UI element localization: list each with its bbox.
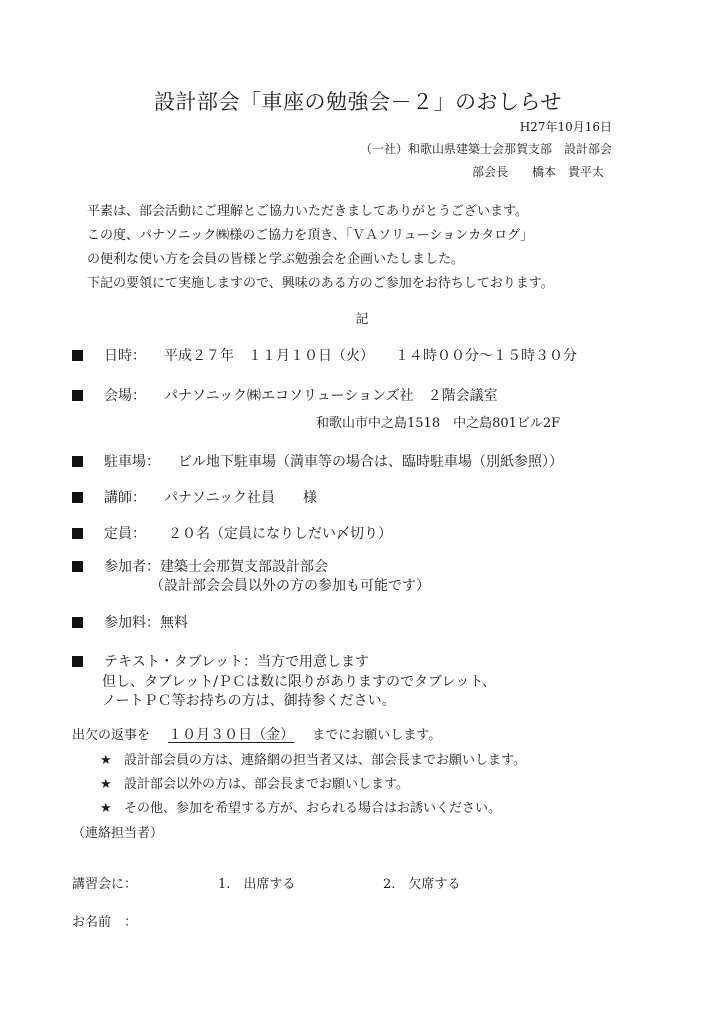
page-title: 設計部会「車座の勉強会－２」のおしらせ bbox=[154, 86, 562, 116]
square-bullet-icon bbox=[72, 456, 83, 467]
square-bullet-icon bbox=[72, 528, 83, 539]
square-bullet-icon bbox=[72, 350, 83, 361]
item-value: 無料 bbox=[160, 612, 188, 632]
contact-person: （連絡担当者） bbox=[72, 822, 163, 841]
item-text-tablet: テキスト・タブレット： 当方で用意します bbox=[72, 651, 369, 671]
item-value: 当方で用意します bbox=[257, 651, 369, 671]
square-bullet-icon bbox=[72, 390, 83, 401]
item-capacity: 定員： ２０名（定員になりしだい〆切り） bbox=[72, 523, 392, 543]
venue-address: 和歌山市中之島1518 中之島801ビル2F bbox=[316, 412, 560, 431]
item-label: テキスト・タブレット： bbox=[104, 651, 257, 671]
star-icon: ★ bbox=[100, 777, 124, 792]
reply-prefix: 出欠の返事を bbox=[72, 728, 150, 743]
star-icon: ★ bbox=[100, 801, 124, 816]
note-item: ★設計部会以外の方は、部会長までお願いします。 bbox=[100, 773, 409, 792]
participants-note: （設計部会会員以外の方の参加も可能です） bbox=[150, 575, 430, 595]
intro-line: の便利な使い方を会員の皆様と学ぶ勉強会を企画いたしました。 bbox=[87, 248, 464, 267]
intro-line: この度、パナソニック㈱様のご協力を頂き、「ＶＡソリューションカタログ」 bbox=[87, 224, 533, 243]
item-datetime: 日時： 平成２７年 １１月１０日（火） １４時００分～１５時３０分 bbox=[72, 345, 577, 365]
item-label: 会場： bbox=[104, 385, 164, 405]
item-label: 講師： bbox=[104, 487, 164, 507]
item-label: 参加者： bbox=[104, 556, 160, 576]
ki-heading: 記 bbox=[0, 308, 724, 327]
organization: （一社）和歌山県建築士会那賀支部 設計部会 bbox=[360, 140, 612, 157]
note-item: ★設計部会員の方は、連絡網の担当者又は、部会長までお願いします。 bbox=[100, 749, 526, 768]
name-field-label: お名前 ： bbox=[72, 911, 137, 930]
absent-option[interactable]: 2. 欠席する bbox=[383, 873, 460, 892]
item-label: 定員： bbox=[104, 523, 168, 543]
item-fee: 参加料： 無料 bbox=[72, 612, 188, 632]
reply-deadline: １０月３０日（金） bbox=[168, 727, 294, 743]
square-bullet-icon bbox=[72, 561, 83, 572]
item-participants: 参加者： 建築士会那賀支部設計部会 bbox=[72, 556, 328, 576]
item-value: ２０名（定員になりしだい〆切り） bbox=[168, 523, 392, 543]
sender: 部会長 橋本 貴平太 bbox=[472, 163, 604, 180]
attendance-label: 講習会に： bbox=[72, 873, 137, 892]
intro-line: 下記の要領にて実施しますので、興味のある方のご参加をお待ちしております。 bbox=[87, 272, 554, 291]
item-label: 駐車場： bbox=[104, 451, 178, 471]
square-bullet-icon bbox=[72, 656, 83, 667]
square-bullet-icon bbox=[72, 617, 83, 628]
tablet-note: 但し、タブレット/ＰＣは数に限りがありますのでタブレット、 bbox=[102, 671, 496, 691]
intro-line: 平素は、部会活動にご理解とご協力いただきましてありがとうございます。 bbox=[87, 200, 528, 219]
item-value: 平成２７年 １１月１０日（火） １４時００分～１５時３０分 bbox=[164, 345, 577, 365]
item-parking: 駐車場： ビル地下駐車場（満車等の場合は、臨時駐車場（別紙参照）） bbox=[72, 451, 563, 471]
item-value: パナソニック社員 様 bbox=[164, 487, 317, 507]
item-venue: 会場： パナソニック㈱エコソリューションズ社 ２階会議室 bbox=[72, 385, 498, 405]
note-item: ★その他、参加を希望する方が、おられる場合はお誘いください。 bbox=[100, 797, 501, 816]
item-label: 参加料： bbox=[104, 612, 160, 632]
issue-date: H27年10月16日 bbox=[520, 118, 612, 135]
square-bullet-icon bbox=[72, 492, 83, 503]
item-value: 建築士会那賀支部設計部会 bbox=[160, 556, 328, 576]
item-lecturer: 講師： パナソニック社員 様 bbox=[72, 487, 317, 507]
star-icon: ★ bbox=[100, 753, 124, 768]
reply-line: 出欠の返事を １０月３０日（金） までにお願いします。 bbox=[72, 724, 441, 744]
reply-suffix: までにお願いします。 bbox=[312, 728, 441, 743]
item-value: ビル地下駐車場（満車等の場合は、臨時駐車場（別紙参照）） bbox=[178, 451, 563, 471]
item-label: 日時： bbox=[104, 345, 164, 365]
tablet-note: ノートＰＣ等お持ちの方は、御持参ください。 bbox=[102, 690, 396, 710]
attend-option[interactable]: 1. 出席する bbox=[218, 873, 295, 892]
item-value: パナソニック㈱エコソリューションズ社 ２階会議室 bbox=[164, 385, 498, 405]
